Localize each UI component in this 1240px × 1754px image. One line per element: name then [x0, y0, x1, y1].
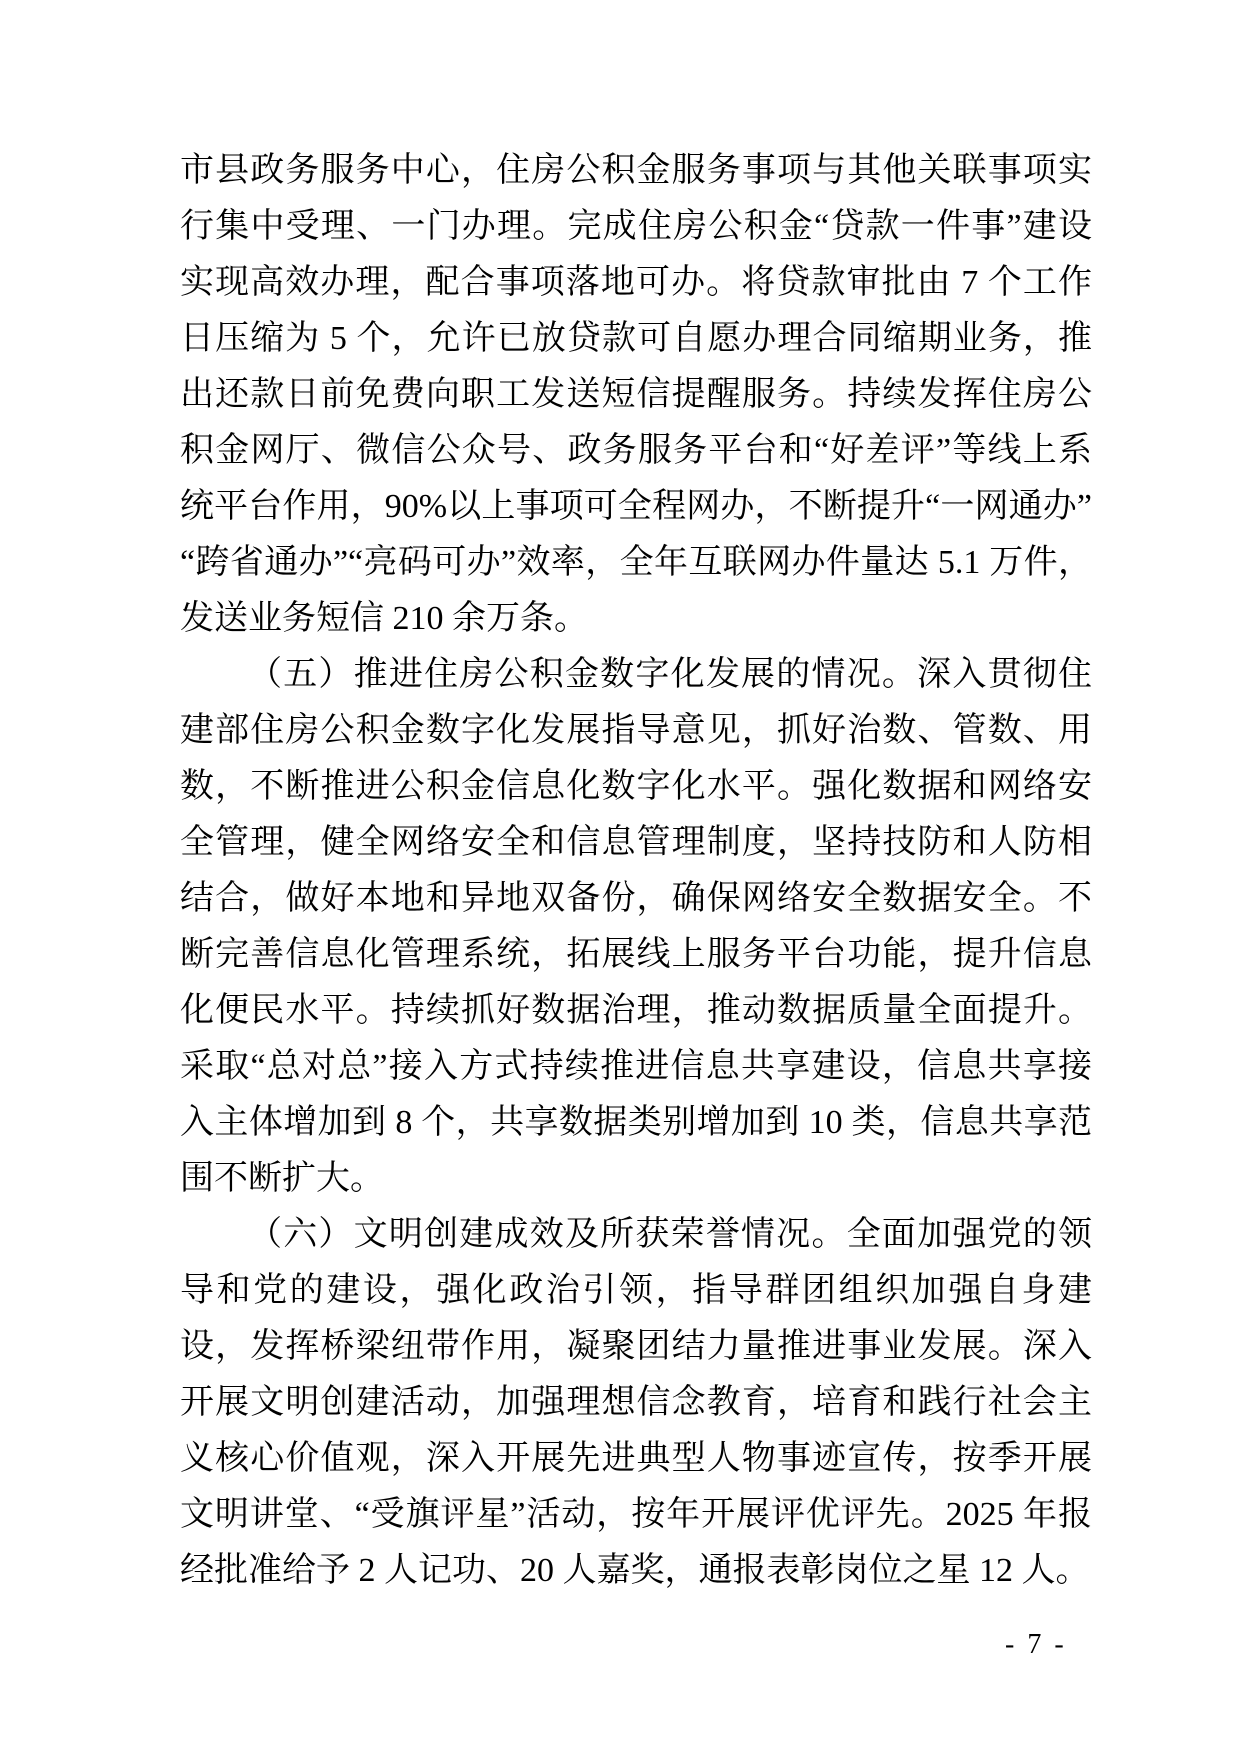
section-heading-5: （五）推进住房公积金数字化发展的情况。: [248, 656, 917, 693]
paragraph-section-6: （六）文明创建成效及所获荣誉情况。全面加强党的领导和党的建设，强化政治引领，指导…: [180, 1207, 1092, 1599]
paragraph-text: 深入贯彻住建部住房公积金数字化发展指导意见，抓好治数、管数、用数，不断推进公积金…: [180, 656, 1092, 1197]
document-body: 市县政务服务中心，住房公积金服务事项与其他关联事项实行集中受理、一门办理。完成住…: [180, 143, 1092, 1599]
paragraph-continuation: 市县政务服务中心，住房公积金服务事项与其他关联事项实行集中受理、一门办理。完成住…: [180, 143, 1092, 647]
page-number: - 7 -: [1005, 1628, 1067, 1662]
section-heading-6: （六）文明创建成效及所获荣誉情况。: [248, 1216, 847, 1253]
paragraph-text: 全面加强党的领导和党的建设，强化政治引领，指导群团组织加强自身建设，发挥桥梁纽带…: [180, 1216, 1092, 1589]
paragraph-section-5: （五）推进住房公积金数字化发展的情况。深入贯彻住建部住房公积金数字化发展指导意见…: [180, 647, 1092, 1207]
paragraph-text: 市县政务服务中心，住房公积金服务事项与其他关联事项实行集中受理、一门办理。完成住…: [180, 152, 1092, 637]
document-page: 市县政务服务中心，住房公积金服务事项与其他关联事项实行集中受理、一门办理。完成住…: [0, 0, 1240, 1754]
